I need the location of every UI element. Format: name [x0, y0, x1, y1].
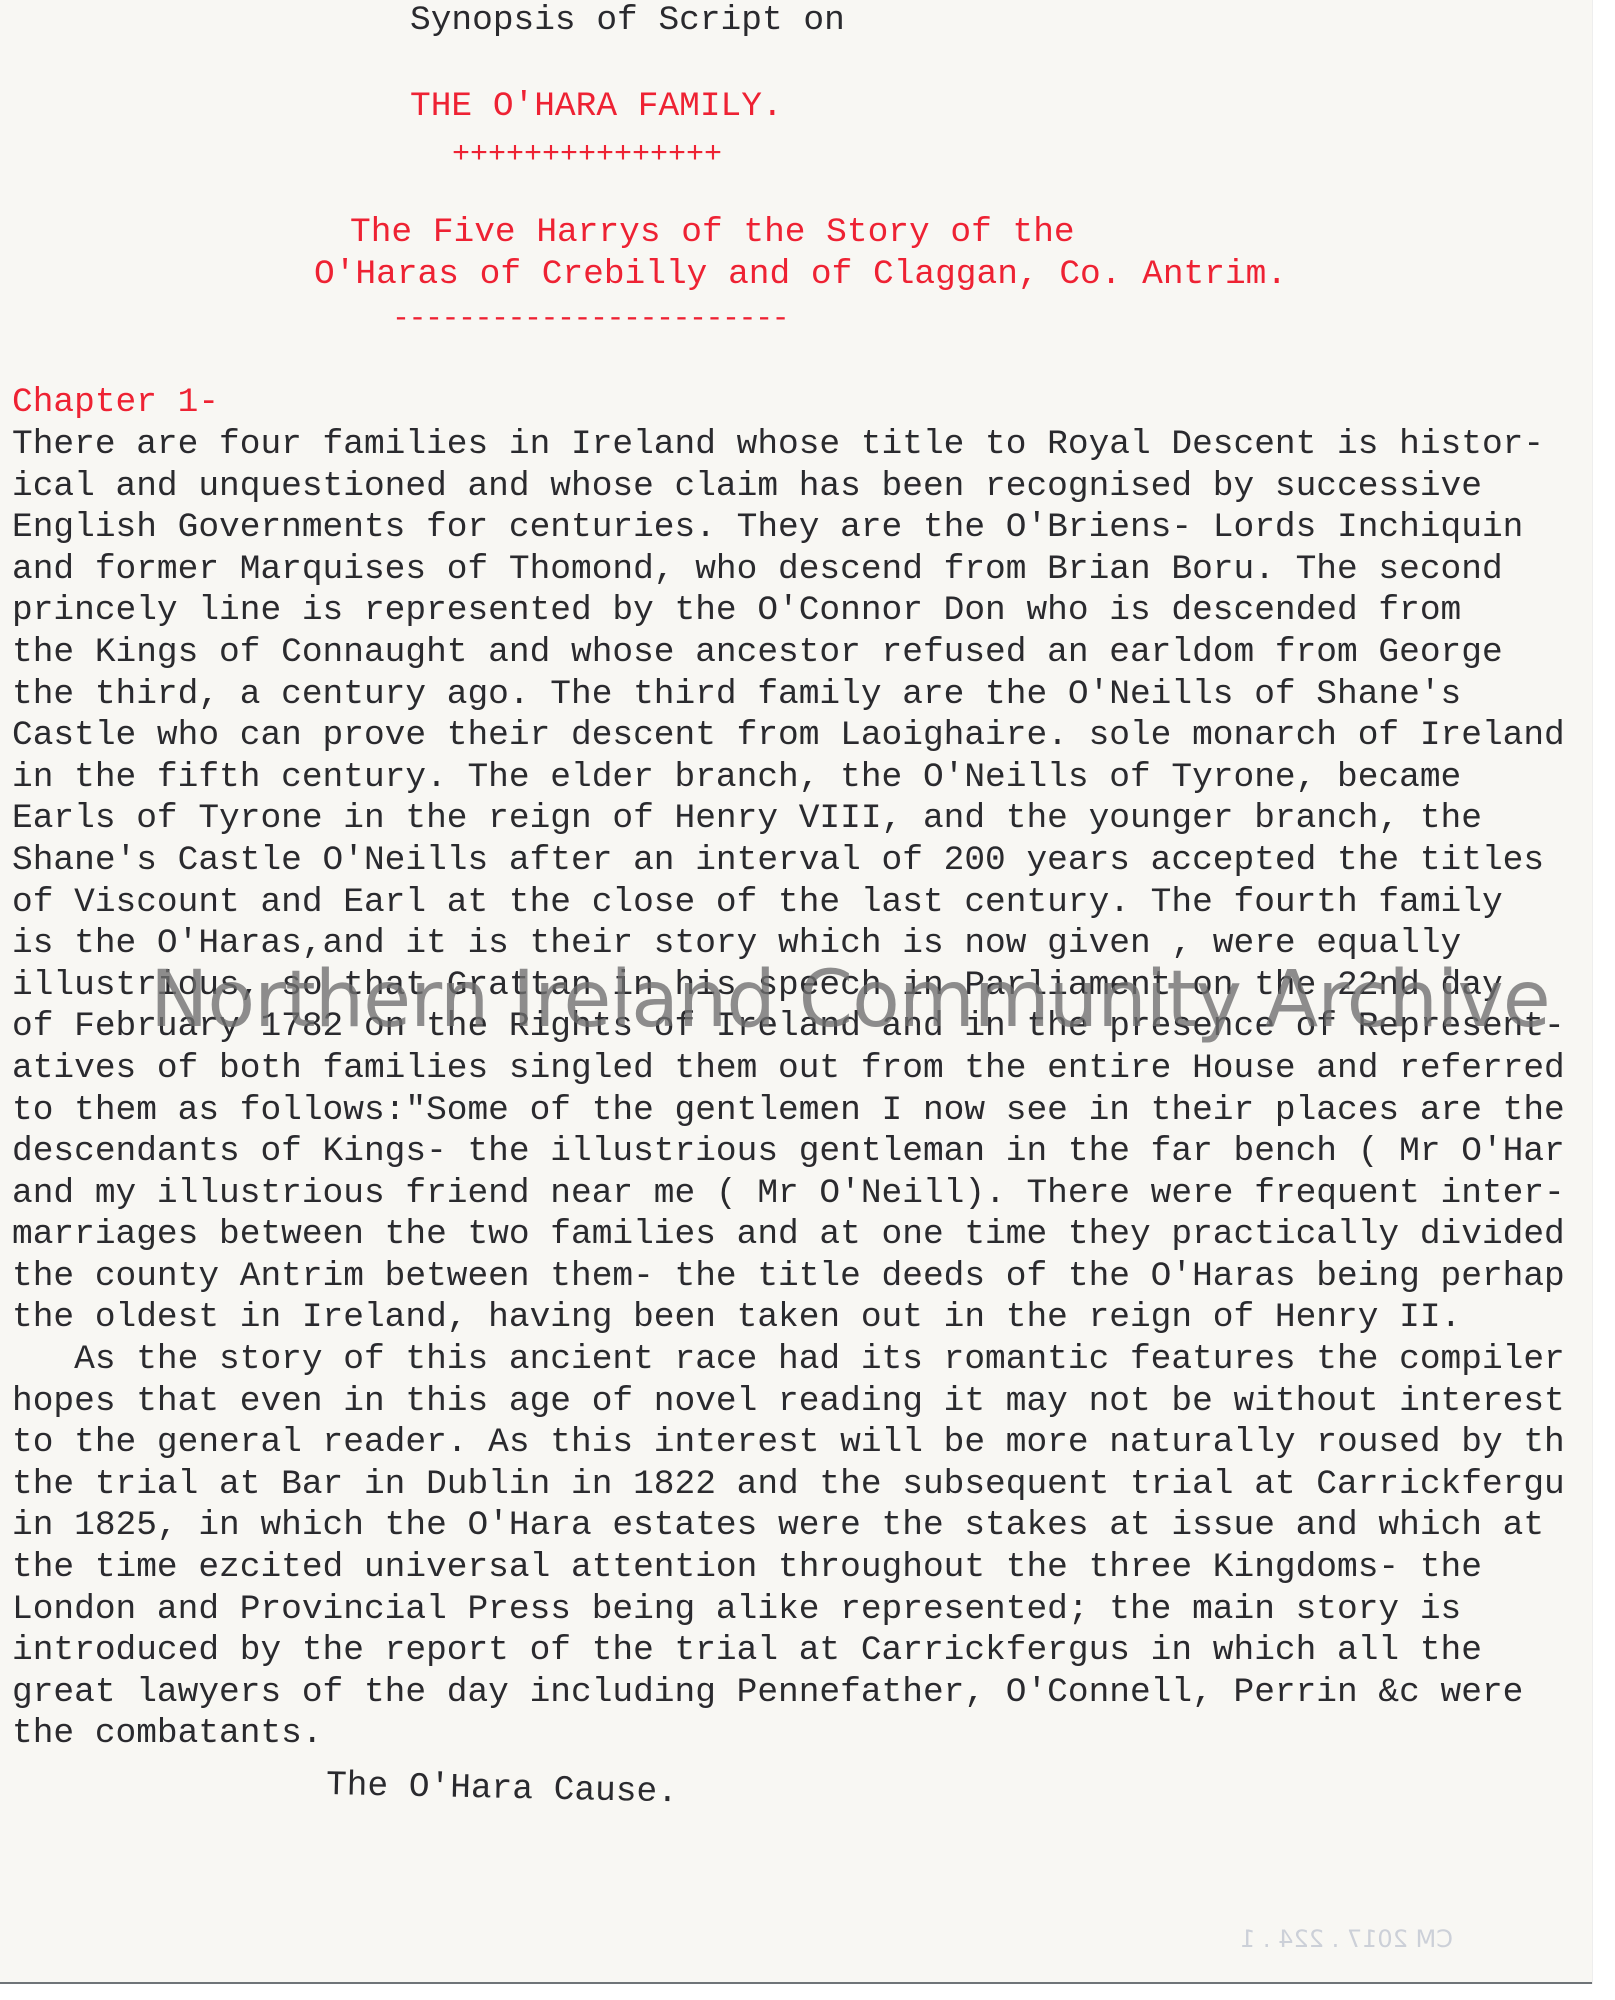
body-line: the third, a century ago. The third fami… — [12, 674, 1565, 716]
heading-line-2: O'Haras of Crebilly and of Claggan, Co. … — [314, 254, 1287, 296]
body-line: of Viscount and Earl at the close of the… — [12, 882, 1565, 924]
closing-line: The O'Hara Cause. — [326, 1766, 679, 1812]
body-line: marriages between the two families and a… — [12, 1214, 1565, 1256]
body-line: and former Marquises of Thomond, who des… — [12, 549, 1565, 591]
body-line: English Governments for centuries. They … — [12, 507, 1565, 549]
typed-page: Synopsis of Script on THE O'HARA FAMILY.… — [0, 0, 1592, 1984]
heading-dash-rule: ------------------------ — [392, 298, 788, 340]
body-line: to them as follows:"Some of the gentleme… — [12, 1090, 1565, 1132]
body-line: descendants of Kings- the illustrious ge… — [12, 1131, 1565, 1173]
body-line: London and Provincial Press being alike … — [12, 1589, 1565, 1631]
chapter-label: Chapter 1- — [12, 382, 219, 424]
document-title: THE O'HARA FAMILY. — [410, 86, 783, 128]
body-line: Castle who can prove their descent from … — [12, 715, 1565, 757]
archive-watermark: Northern Ireland Community Archive — [150, 955, 1550, 1045]
body-line: in the fifth century. The elder branch, … — [12, 757, 1565, 799]
body-line: the oldest in Ireland, having been taken… — [12, 1297, 1565, 1339]
body-line: the trial at Bar in Dublin in 1822 and t… — [12, 1464, 1565, 1506]
body-line: the county Antrim between them- the titl… — [12, 1256, 1565, 1298]
body-line: hopes that even in this age of novel rea… — [12, 1381, 1565, 1423]
body-line: the combatants. — [12, 1713, 1565, 1755]
body-line: ical and unquestioned and whose claim ha… — [12, 466, 1565, 508]
body-line: As the story of this ancient race had it… — [12, 1339, 1565, 1381]
body-line: the time ezcited universal attention thr… — [12, 1547, 1565, 1589]
body-line: Earls of Tyrone in the reign of Henry VI… — [12, 798, 1565, 840]
chapter-body-text: There are four families in Ireland whose… — [12, 424, 1565, 1755]
body-line: princely line is represented by the O'Co… — [12, 590, 1565, 632]
body-line: There are four families in Ireland whose… — [12, 424, 1565, 466]
body-line: in 1825, in which the O'Hara estates wer… — [12, 1505, 1565, 1547]
body-line: and my illustrious friend near me ( Mr O… — [12, 1173, 1565, 1215]
pencil-catalogue-note: CM 2017 . 224 . 1 — [1240, 1925, 1453, 1953]
body-line: great lawyers of the day including Penne… — [12, 1672, 1565, 1714]
body-line: the Kings of Connaught and whose ancesto… — [12, 632, 1565, 674]
heading-line-1: The Five Harrys of the Story of the — [350, 212, 1075, 254]
synopsis-subtitle: Synopsis of Script on — [410, 0, 845, 42]
body-line: Shane's Castle O'Neills after an interva… — [12, 840, 1565, 882]
body-line: to the general reader. As this interest … — [12, 1422, 1565, 1464]
title-plus-rule: +++++++++++++++ — [452, 134, 722, 176]
body-line: introduced by the report of the trial at… — [12, 1630, 1565, 1672]
body-line: atives of both families singled them out… — [12, 1048, 1565, 1090]
